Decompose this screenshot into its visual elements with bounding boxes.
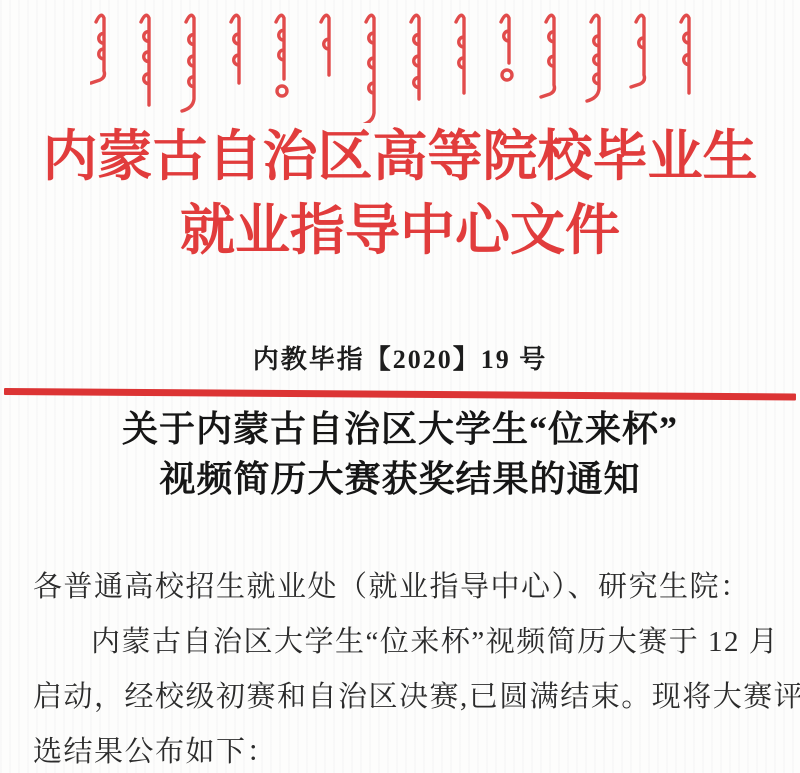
notice-title-line1: 关于内蒙古自治区大学生“位来杯”: [0, 404, 800, 454]
notice-body: 各普通高校招生就业处（就业指导中心）、研究生院： 内蒙古自治区大学生“位来杯”视…: [33, 560, 772, 773]
body-paragraph-line: 启动，经校级初赛和自治区决赛,已圆满结束。现将大赛评: [33, 670, 772, 725]
red-divider-line: [4, 388, 796, 401]
body-paragraph-line: 内蒙古自治区大学生“位来杯”视频简历大赛于 12 月: [33, 615, 772, 670]
letterhead-title-line1: 内蒙古自治区高等院校毕业生: [0, 123, 800, 191]
document-number: 内教毕指【2020】19 号: [0, 341, 800, 379]
notice-title-line2: 视频简历大赛获奖结果的通知: [0, 454, 800, 504]
document-page: 内蒙古自治区高等院校毕业生 就业指导中心文件 内教毕指【2020】19 号 关于…: [0, 0, 800, 773]
letterhead-title-line2: 就业指导中心文件: [0, 197, 800, 265]
mongolian-script-banner: [90, 5, 710, 123]
body-paragraph-line: 选结果公布如下：: [33, 725, 772, 773]
salutation-line: 各普通高校招生就业处（就业指导中心）、研究生院：: [33, 560, 772, 615]
mongolian-script-svg: [90, 5, 710, 123]
